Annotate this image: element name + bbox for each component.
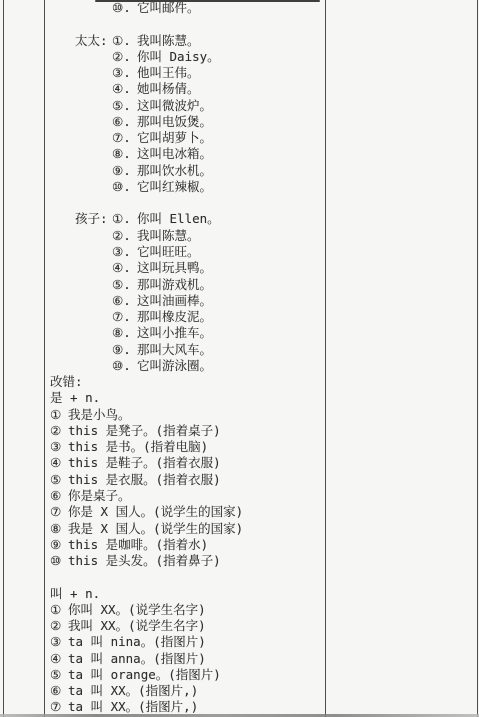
item-number: ⑦. (112, 309, 137, 325)
item-text: 那叫饮水机。 (137, 163, 212, 179)
item-number: ② (50, 618, 68, 634)
item-number: ①. (112, 33, 137, 49)
item-number: ②. (112, 228, 137, 244)
correction-row: ⑤ta 叫 orange。(指图片) (50, 667, 325, 683)
section-header-row: 是 + n. (50, 390, 325, 406)
item-text: 我是小鸟。 (68, 407, 131, 423)
item-text: this 是书。(指着电脑) (68, 439, 208, 455)
dialog-row: ⑥.这叫油画棒。 (50, 293, 325, 309)
item-text: 这叫小推车。 (137, 325, 212, 341)
dialog-row: ⑨.那叫饮水机。 (50, 163, 325, 179)
dialog-row: ②.我叫陈慧。 (50, 228, 325, 244)
item-text: 那叫橡皮泥。 (137, 309, 212, 325)
section-header-row: 叫 + n. (50, 586, 325, 602)
correction-row: ③this 是书。(指着电脑) (50, 439, 325, 455)
item-number: ④. (112, 260, 137, 276)
item-number: ⑤. (112, 98, 137, 114)
table-cell-left (4, 0, 45, 717)
item-text: 她叫杨倩。 (137, 81, 200, 97)
item-number: ⑥. (112, 114, 137, 130)
item-text: this 是衣服。(指着衣服) (68, 472, 221, 488)
item-number: ⑨. (112, 342, 137, 358)
correction-row: ③ta 叫 nina。(指图片) (50, 634, 325, 650)
item-number: ④. (112, 81, 137, 97)
item-number: ⑦ (50, 504, 68, 520)
section-header: 叫 + n. (50, 586, 100, 602)
item-text: 它叫邮件。 (137, 0, 200, 16)
item-text: 你叫 Daisy。 (137, 49, 220, 65)
item-number: ⑨. (112, 163, 137, 179)
dialog-row: ⑨.那叫大风车。 (50, 342, 325, 358)
item-text: 我叫陈慧。 (137, 228, 200, 244)
item-number: ③. (112, 65, 137, 81)
item-text: 你叫 XX。(说学生名字) (68, 602, 206, 618)
blank-row (50, 16, 325, 32)
table-cell-main: ⑩.它叫邮件。太太:①.我叫陈慧。②.你叫 Daisy。③.他叫王伟。④.她叫杨… (45, 0, 326, 717)
dialog-row: ⑤.这叫微波炉。 (50, 98, 325, 114)
section-header: 是 + n. (50, 390, 100, 406)
item-number: ⑨ (50, 537, 68, 553)
item-text: 你是桌子。 (68, 488, 131, 504)
item-text: ta 叫 orange。(指图片) (68, 667, 221, 683)
dialog-row: ④.这叫玩具鸭。 (50, 260, 325, 276)
cutoff-text-artifact (95, 0, 320, 2)
dialog-row: ③.它叫旺旺。 (50, 244, 325, 260)
item-text: 这叫玩具鸭。 (137, 260, 212, 276)
dialog-row: 孩子:①.你叫 Ellen。 (50, 211, 325, 227)
item-number: ⑩. (112, 179, 137, 195)
dialog-row: ②.你叫 Daisy。 (50, 49, 325, 65)
item-text: 那叫大风车。 (137, 342, 212, 358)
item-text: 你叫 Ellen。 (137, 211, 220, 227)
correction-row: ④this 是鞋子。(指着衣服) (50, 455, 325, 471)
correction-row: ④ta 叫 anna。(指图片) (50, 651, 325, 667)
section-title-row: 改错: (50, 374, 325, 390)
correction-row: ⑨this 是咖啡。(指着水) (50, 537, 325, 553)
item-number: ③ (50, 634, 68, 650)
item-text: 我是 X 国人。(说学生的国家) (68, 521, 243, 537)
item-number: ②. (112, 49, 137, 65)
correction-row: ⑤this 是衣服。(指着衣服) (50, 472, 325, 488)
item-text: 那叫电饭煲。 (137, 114, 212, 130)
item-number: ① (50, 407, 68, 423)
item-text: this 是咖啡。(指着水) (68, 537, 208, 553)
correction-row: ②this 是凳子。(指着桌子) (50, 423, 325, 439)
dialog-row: ⑩.它叫红辣椒。 (50, 179, 325, 195)
item-number: ⑩. (112, 358, 137, 374)
dialog-row: ⑩.它叫游泳圈。 (50, 358, 325, 374)
item-text: ta 叫 XX。(指图片,) (68, 683, 198, 699)
item-number: ③. (112, 244, 137, 260)
item-number: ⑤ (50, 472, 68, 488)
dialog-row: ④.她叫杨倩。 (50, 81, 325, 97)
item-text: 我叫陈慧。 (137, 33, 200, 49)
dialog-row: ⑩.它叫邮件。 (50, 0, 325, 16)
item-text: ta 叫 anna。(指图片) (68, 651, 206, 667)
table-cell-right (326, 0, 477, 717)
item-number: ⑥ (50, 683, 68, 699)
correction-row: ⑥你是桌子。 (50, 488, 325, 504)
item-number: ④ (50, 651, 68, 667)
item-text: 我叫 XX。(说学生名字) (68, 618, 206, 634)
dialog-row: ⑧.这叫小推车。 (50, 325, 325, 341)
item-number: ⑩. (112, 0, 137, 16)
dialog-row: ⑧.这叫电冰箱。 (50, 146, 325, 162)
item-text: 它叫红辣椒。 (137, 179, 212, 195)
correction-row: ⑥ta 叫 XX。(指图片,) (50, 683, 325, 699)
item-text: ta 叫 nina。(指图片) (68, 634, 206, 650)
blank-row (50, 569, 325, 585)
correction-row: ①你叫 XX。(说学生名字) (50, 602, 325, 618)
item-text: 那叫游戏机。 (137, 277, 212, 293)
worksheet-table: ⑩.它叫邮件。太太:①.我叫陈慧。②.你叫 Daisy。③.他叫王伟。④.她叫杨… (3, 0, 478, 717)
correction-row: ①我是小鸟。 (50, 407, 325, 423)
item-text: 这叫微波炉。 (137, 98, 212, 114)
item-text: 这叫油画棒。 (137, 293, 212, 309)
item-number: ⑤. (112, 277, 137, 293)
item-text: 它叫胡萝卜。 (137, 130, 212, 146)
item-number: ①. (112, 211, 137, 227)
item-number: ③ (50, 439, 68, 455)
dialog-speaker-label: 太太: (50, 33, 112, 49)
dialog-row: ⑥.那叫电饭煲。 (50, 114, 325, 130)
item-text: this 是头发。(指着鼻子) (68, 553, 221, 569)
item-number: ⑦. (112, 130, 137, 146)
item-text: 你是 X 国人。(说学生的国家) (68, 504, 243, 520)
item-number: ⑩ (50, 553, 68, 569)
correction-row: ⑧我是 X 国人。(说学生的国家) (50, 521, 325, 537)
correction-title: 改错: (50, 374, 83, 390)
item-number: ⑧. (112, 146, 137, 162)
item-text: 它叫游泳圈。 (137, 358, 212, 374)
item-text: 他叫王伟。 (137, 65, 200, 81)
item-number: ⑧. (112, 325, 137, 341)
correction-row: ⑦你是 X 国人。(说学生的国家) (50, 504, 325, 520)
dialog-row: ⑤.那叫游戏机。 (50, 277, 325, 293)
dialog-row: 太太:①.我叫陈慧。 (50, 33, 325, 49)
blank-row (50, 195, 325, 211)
scanned-worksheet-page: ⑩.它叫邮件。太太:①.我叫陈慧。②.你叫 Daisy。③.他叫王伟。④.她叫杨… (0, 0, 479, 717)
dialog-row: ③.他叫王伟。 (50, 65, 325, 81)
item-number: ① (50, 602, 68, 618)
item-number: ⑥. (112, 293, 137, 309)
item-number: ⑧ (50, 521, 68, 537)
item-number: ⑤ (50, 667, 68, 683)
dialog-speaker-label: 孩子: (50, 211, 112, 227)
item-number: ⑥ (50, 488, 68, 504)
item-number: ④ (50, 455, 68, 471)
dialog-row: ⑦.它叫胡萝卜。 (50, 130, 325, 146)
dialog-row: ⑦.那叫橡皮泥。 (50, 309, 325, 325)
item-text: 这叫电冰箱。 (137, 146, 212, 162)
correction-row: ②我叫 XX。(说学生名字) (50, 618, 325, 634)
item-text: this 是凳子。(指着桌子) (68, 423, 221, 439)
correction-row: ⑩this 是头发。(指着鼻子) (50, 553, 325, 569)
item-text: this 是鞋子。(指着衣服) (68, 455, 221, 471)
item-number: ② (50, 423, 68, 439)
item-text: 它叫旺旺。 (137, 244, 200, 260)
